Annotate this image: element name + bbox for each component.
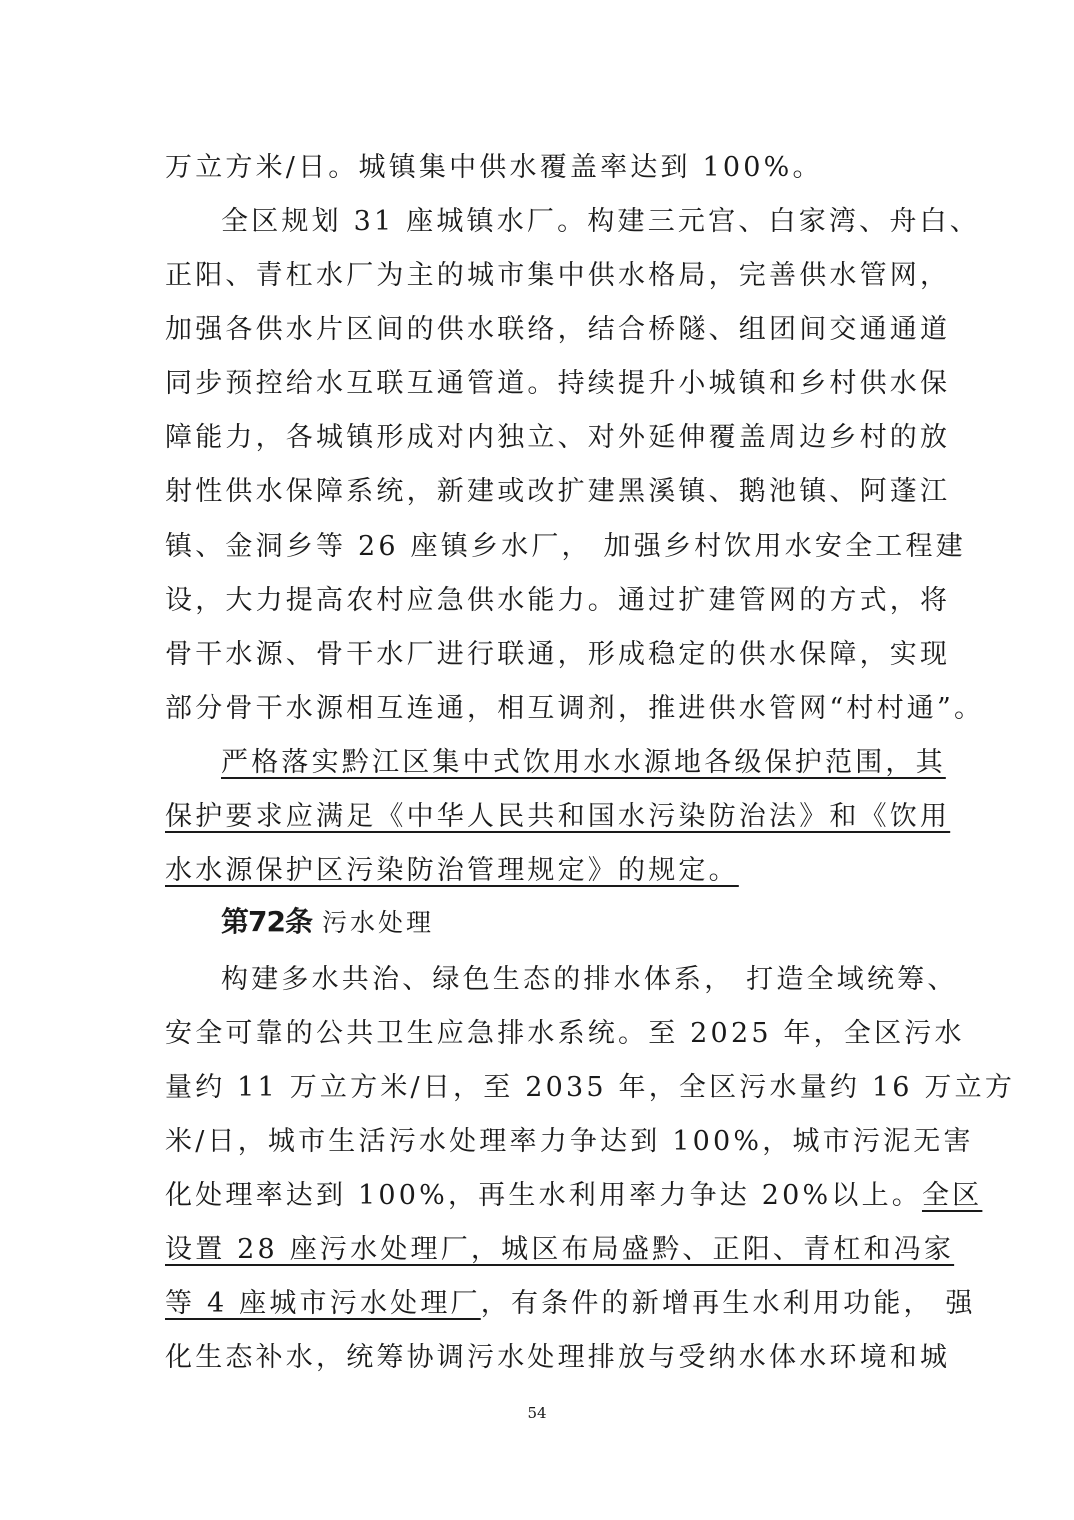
article-title: 污水处理	[322, 908, 434, 937]
underlined-text-line: 水水源保护区污染防治管理规定》的规定。	[165, 851, 720, 891]
underlined-text-line: 保护要求应满足《中华人民共和国水污染防治法》和《饮用	[165, 797, 917, 837]
text-segment: ，有条件的新增再生水利用功能， 强	[481, 1284, 976, 1324]
underlined-segment: 全区	[922, 1176, 982, 1216]
paragraph-start: 全区规划 31 座城镇水厂。构建三元宫、白家湾、舟白、	[221, 202, 917, 242]
text-line: 设，大力提高农村应急供水能力。通过扩建管网的方式，将	[165, 581, 917, 621]
text-line: 部分骨干水源相互连通，相互调剂，推进供水管网“村村通”。	[165, 689, 917, 729]
paragraph-start: 构建多水共治、绿色生态的排水体系， 打造全域统筹、	[221, 960, 917, 1000]
text-segment: 化处理率达到 100%，再生水利用率力争达 20%以上。	[165, 1176, 922, 1216]
text-line: 射性供水保障系统，新建或改扩建黑溪镇、鹅池镇、阿蓬江	[165, 472, 917, 512]
text-line: 量约 11 万立方米/日，至 2035 年，全区污水量约 16 万立方	[165, 1068, 917, 1108]
text-line: 加强各供水片区间的供水联络，结合桥隧、组团间交通通道	[165, 310, 917, 350]
text-line: 化生态补水，统筹协调污水处理排放与受纳水体水环境和城	[165, 1338, 917, 1378]
text-line: 镇、金洞乡等 26 座镇乡水厂， 加强乡村饮用水安全工程建	[165, 527, 917, 567]
page-number: 54	[0, 1404, 1074, 1422]
underlined-paragraph-start: 严格落实黔江区集中式饮用水水源地各级保护范围，其	[221, 743, 917, 783]
underlined-segment: 等 4 座城市污水处理厂	[165, 1284, 481, 1324]
text-line: 等 4 座城市污水处理厂 ，有条件的新增再生水利用功能， 强	[165, 1284, 917, 1324]
text-line: 障能力，各城镇形成对内独立、对外延伸覆盖周边乡村的放	[165, 418, 917, 458]
text-line: 万立方米/日。城镇集中供水覆盖率达到 100%。	[165, 148, 917, 188]
text-line: 安全可靠的公共卫生应急排水系统。至 2025 年，全区污水	[165, 1014, 917, 1054]
text-line: 化处理率达到 100%，再生水利用率力争达 20%以上。 全区	[165, 1176, 917, 1216]
article-number: 第72条	[221, 905, 312, 938]
text-line: 米/日，城市生活污水处理率力争达到 100%，城市污泥无害	[165, 1122, 917, 1162]
text-line: 骨干水源、骨干水厂进行联通，形成稳定的供水保障，实现	[165, 635, 917, 675]
text-line: 正阳、青杠水厂为主的城市集中供水格局，完善供水管网，	[165, 256, 917, 296]
text-line: 同步预控给水互联互通管道。持续提升小城镇和乡村供水保	[165, 364, 917, 404]
underlined-text-line: 设置 28 座污水处理厂，城区布局盛黔、正阳、青杠和冯家	[165, 1230, 917, 1270]
article-heading: 第72条污水处理	[221, 900, 434, 945]
